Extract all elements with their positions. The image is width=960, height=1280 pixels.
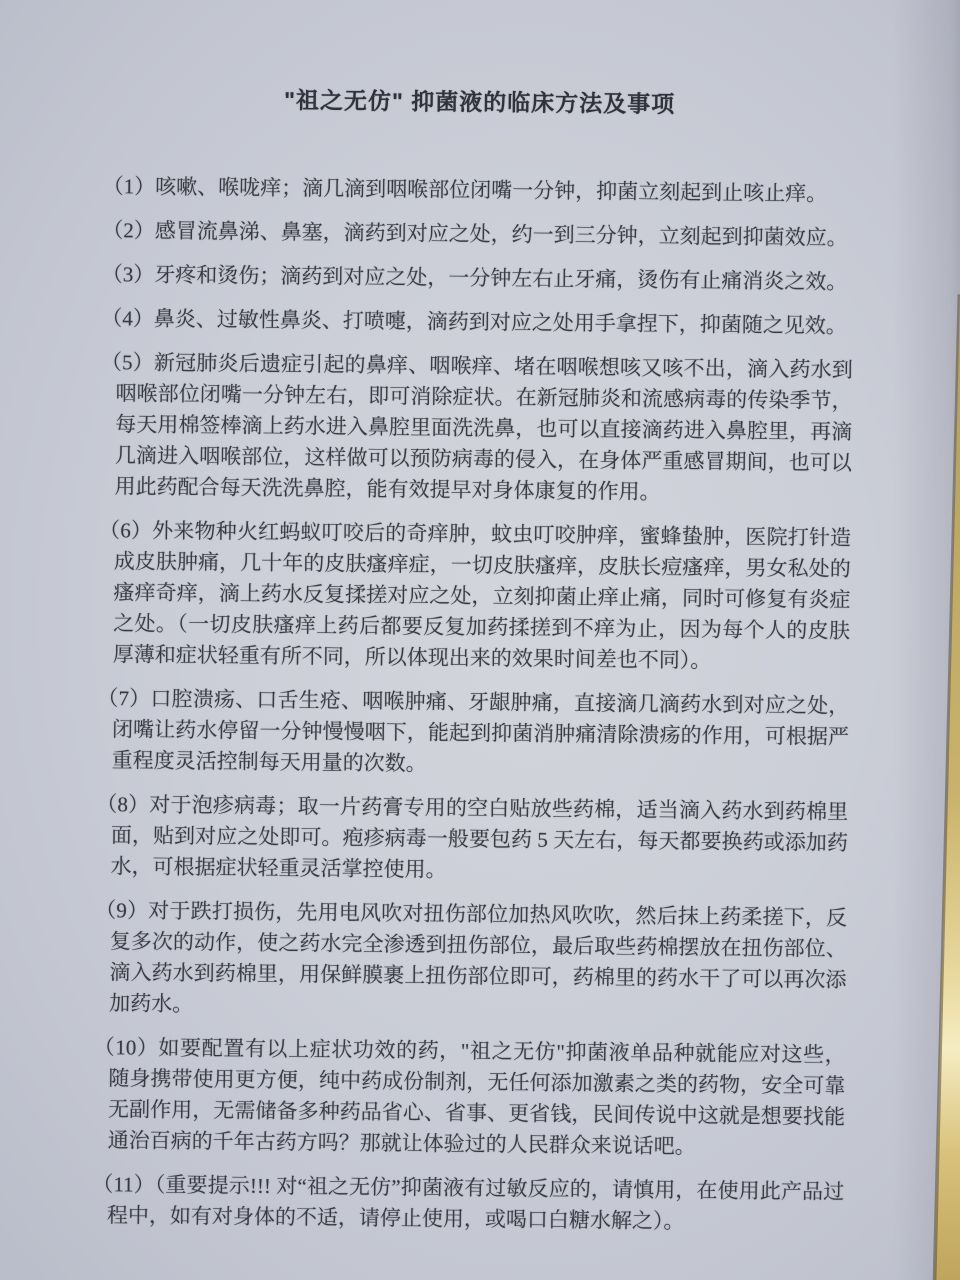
paragraph-7: （7）口腔溃疡、口舌生疮、咽喉肿痛、牙龈肿痛，直接滴几滴药水到对应之处，闭嘴让药… (97, 683, 850, 784)
paragraph-number: （8） (96, 792, 149, 817)
paragraph-3: （3）牙疼和烫伤；滴药到对应之处，一分钟左右止牙痛，烫伤有止痛消炎之效。 (102, 259, 854, 298)
paragraph-number: （1） (103, 174, 156, 199)
paragraph-text: 对于泡疹病毒；取一片药膏专用的空白贴放些药棉，适当滴入药水到药棉里面，贴到对应之… (110, 793, 848, 882)
paragraph-number: （3） (102, 262, 155, 287)
paragraph-text: 如要配置有以上症状功效的药，"祖之无仿"抑菌液单品种就能应对这些，随身携带使用更… (108, 1036, 846, 1159)
paragraph-number: （5） (101, 350, 154, 375)
paragraph-5: （5）新冠肺炎后遗症引起的鼻痒、咽喉痒、堵在咽喉想咳又咳不出，滴入药水到咽喉部位… (99, 347, 853, 510)
paragraph-4: （4）鼻炎、过敏性鼻炎、打喷嚏，滴药到对应之处用手拿捏下，抑菌随之见效。 (101, 303, 853, 342)
paragraph-text: 外来物种火红蚂蚁叮咬后的奇痒肿，蚊虫叮咬肿痒，蜜蜂蛰肿，医院打针造成皮肤肿痛，几… (113, 519, 852, 673)
paragraph-number: （6） (99, 518, 152, 543)
paragraph-text: 口腔溃疡、口舌生疮、咽喉肿痛、牙龈肿痛，直接滴几滴药水到对应之处，闭嘴让药水停留… (112, 687, 850, 776)
paragraph-number: （2） (102, 218, 155, 243)
paragraph-text: 鼻炎、过敏性鼻炎、打喷嚏，滴药到对应之处用手拿捏下，抑菌随之见效。 (154, 307, 847, 338)
paragraph-text: 新冠肺炎后遗症引起的鼻痒、咽喉痒、堵在咽喉想咳又咳不出，滴入药水到咽喉部位闭嘴一… (114, 351, 853, 504)
paragraph-text: 牙疼和烫伤；滴药到对应之处，一分钟左右止牙痛，烫伤有止痛消炎之效。 (154, 263, 847, 294)
paragraph-text: 感冒流鼻涕、鼻塞，滴药到对应之处，约一到三分钟，立刻起到抑菌效应。 (155, 219, 848, 250)
paper-sheet: "祖之无仿" 抑菌液的临床方法及事项 （1）咳嗽、喉咙痒；滴几滴到咽喉部位闭嘴一… (91, 0, 856, 1280)
paragraph-1: （1）咳嗽、喉咙痒；滴几滴到咽喉部位闭嘴一分钟，抑菌立刻起到止咳止痒。 (103, 171, 855, 210)
paragraph-10: （10）如要配置有以上症状功效的药，"祖之无仿"抑菌液单品种就能应对这些，随身携… (93, 1032, 846, 1164)
paragraph-2: （2）感冒流鼻涕、鼻塞，滴药到对应之处，约一到三分钟，立刻起到抑菌效应。 (102, 215, 854, 254)
paragraph-number: （10） (94, 1035, 159, 1060)
paragraph-8: （8）对于泡疹病毒；取一片药膏专用的空白贴放些药棉，适当滴入药水到药棉里面，贴到… (95, 789, 848, 890)
paragraph-number: （7） (97, 686, 150, 711)
paragraph-number: （11） (92, 1172, 155, 1197)
document-title: "祖之无仿" 抑菌液的临床方法及事项 (103, 0, 856, 121)
paragraph-text: 对于跌打损伤，先用电风吹对扭伤部位加热风吹吹，然后抹上药柔搓下，反复多次的动作，… (109, 899, 847, 1016)
document-photo: "祖之无仿" 抑菌液的临床方法及事项 （1）咳嗽、喉咙痒；滴几滴到咽喉部位闭嘴一… (0, 0, 960, 1280)
paragraph-text: 咳嗽、喉咙痒；滴几滴到咽喉部位闭嘴一分钟，抑菌立刻起到止咳止痒。 (155, 175, 827, 206)
paragraph-11: （11）（重要提示!!! 对“祖之无仿”抑菌液有过敏反应的，请慎用，在使用此产品… (92, 1169, 845, 1239)
paragraph-list: （1）咳嗽、喉咙痒；滴几滴到咽喉部位闭嘴一分钟，抑菌立刻起到止咳止痒。 （2）感… (92, 171, 855, 1239)
paragraph-text: （重要提示!!! 对“祖之无仿”抑菌液有过敏反应的，请慎用，在使用此产品过程中，… (107, 1173, 845, 1234)
paragraph-6: （6）外来物种火红蚂蚁叮咬后的奇痒肿，蚊虫叮咬肿痒，蜜蜂蛰肿，医院打针造成皮肤肿… (98, 515, 852, 678)
paragraph-number: （9） (95, 898, 148, 923)
paragraph-9: （9）对于跌打损伤，先用电风吹对扭伤部位加热风吹吹，然后抹上药柔搓下，反复多次的… (94, 895, 847, 1027)
paragraph-number: （4） (101, 306, 154, 331)
